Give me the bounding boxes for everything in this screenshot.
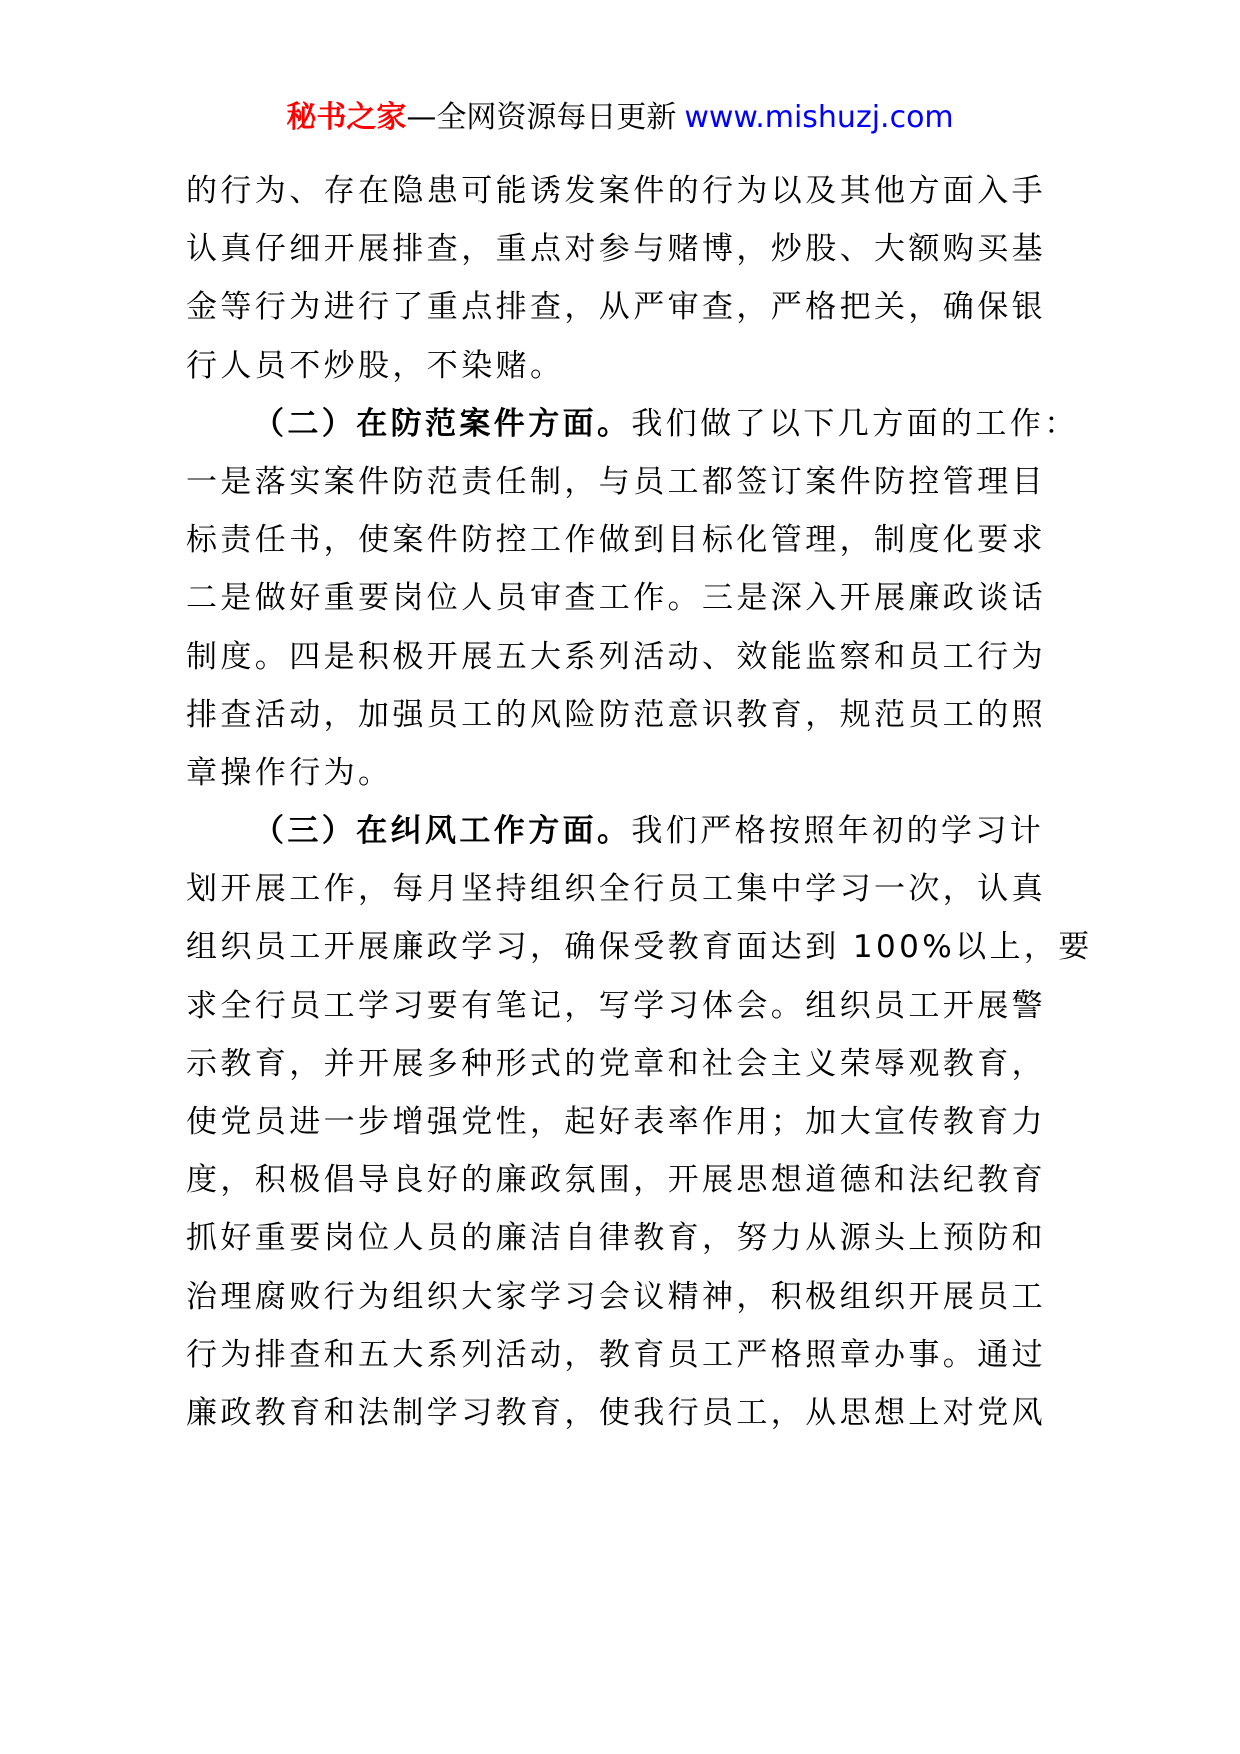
text-line: 度，积极倡导良好的廉政氛围，开展思想道德和法纪教育 bbox=[186, 1151, 1086, 1209]
section-heading-line: （三）在纠风工作方面。我们严格按照年初的学习计 bbox=[186, 802, 1086, 860]
section-heading-line: （二）在防范案件方面。我们做了以下几方面的工作： bbox=[186, 395, 1086, 453]
text-line: 划开展工作，每月坚持组织全行员工集中学习一次，认真 bbox=[186, 860, 1086, 918]
line-text: 组织员工开展廉政学习，确保受教育面达到 100%以上，要 bbox=[186, 929, 1093, 965]
text-line: 行人员不炒股，不染赌。 bbox=[186, 337, 1086, 395]
header-url-link[interactable]: www.mishuzj.com bbox=[684, 100, 953, 135]
document-body: 的行为、存在隐患可能诱发案件的行为以及其他方面入手 认真仔细开展排查，重点对参与… bbox=[186, 162, 1086, 1442]
text-line: 治理腐败行为组织大家学习会议精神，积极组织开展员工 bbox=[186, 1268, 1086, 1326]
section-heading: （三）在纠风工作方面。 bbox=[253, 813, 631, 849]
text-line: 认真仔细开展排查，重点对参与赌博，炒股、大额购买基 bbox=[186, 220, 1086, 278]
text-line: 一是落实案件防范责任制，与员工都签订案件防控管理目 bbox=[186, 453, 1086, 511]
text-line: 抓好重要岗位人员的廉洁自律教育，努力从源头上预防和 bbox=[186, 1209, 1086, 1267]
text-line: 使党员进一步增强党性，起好表率作用；加大宣传教育力 bbox=[186, 1093, 1086, 1151]
line-text: 我们做了以下几方面的工作： bbox=[631, 406, 1078, 442]
line-text: 排查活动，加强员工的风险防范意识教育，规范员工的照 bbox=[186, 697, 1046, 733]
text-line: 二是做好重要岗位人员审查工作。三是深入开展廉政谈话 bbox=[186, 569, 1086, 627]
text-line: 示教育，并开展多种形式的党章和社会主义荣辱观教育， bbox=[186, 1035, 1086, 1093]
line-text: 示教育，并开展多种形式的党章和社会主义荣辱观教育， bbox=[186, 1046, 1046, 1082]
line-text: 的行为、存在隐患可能诱发案件的行为以及其他方面入手 bbox=[186, 173, 1046, 209]
text-line: 行为排查和五大系列活动，教育员工严格照章办事。通过 bbox=[186, 1326, 1086, 1384]
header-brand: 秘书之家 bbox=[286, 100, 406, 135]
text-line: 章操作行为。 bbox=[186, 744, 1086, 802]
line-text: 廉政教育和法制学习教育，使我行员工，从思想上对党风 bbox=[186, 1395, 1046, 1431]
text-line: 制度。四是积极开展五大系列活动、效能监察和员工行为 bbox=[186, 628, 1086, 686]
line-text: 我们严格按照年初的学习计 bbox=[631, 813, 1044, 849]
section-heading: （二）在防范案件方面。 bbox=[253, 406, 631, 442]
line-text: 度，积极倡导良好的廉政氛围，开展思想道德和法纪教育 bbox=[186, 1162, 1046, 1198]
text-line: 组织员工开展廉政学习，确保受教育面达到 100%以上，要 bbox=[186, 918, 1086, 976]
text-line: 廉政教育和法制学习教育，使我行员工，从思想上对党风 bbox=[186, 1384, 1086, 1442]
header-tagline: —全网资源每日更新 bbox=[406, 100, 676, 135]
text-line: 求全行员工学习要有笔记，写学习体会。组织员工开展警 bbox=[186, 977, 1086, 1035]
line-text: 二是做好重要岗位人员审查工作。三是深入开展廉政谈话 bbox=[186, 580, 1046, 616]
line-text: 治理腐败行为组织大家学习会议精神，积极组织开展员工 bbox=[186, 1279, 1046, 1315]
line-text: 制度。四是积极开展五大系列活动、效能监察和员工行为 bbox=[186, 639, 1046, 675]
line-text: 行人员不炒股，不染赌。 bbox=[186, 348, 564, 384]
line-text: 金等行为进行了重点排查，从严审查，严格把关，确保银 bbox=[186, 289, 1046, 325]
line-text: 一是落实案件防范责任制，与员工都签订案件防控管理目 bbox=[186, 464, 1046, 500]
line-text: 使党员进一步增强党性，起好表率作用；加大宣传教育力 bbox=[186, 1104, 1046, 1140]
line-text: 认真仔细开展排查，重点对参与赌博，炒股、大额购买基 bbox=[186, 231, 1046, 267]
text-line: 标责任书，使案件防控工作做到目标化管理，制度化要求 bbox=[186, 511, 1086, 569]
line-text: 划开展工作，每月坚持组织全行员工集中学习一次，认真 bbox=[186, 871, 1046, 907]
line-text: 求全行员工学习要有笔记，写学习体会。组织员工开展警 bbox=[186, 988, 1046, 1024]
line-text: 抓好重要岗位人员的廉洁自律教育，努力从源头上预防和 bbox=[186, 1220, 1046, 1256]
text-line: 金等行为进行了重点排查，从严审查，严格把关，确保银 bbox=[186, 278, 1086, 336]
line-text: 章操作行为。 bbox=[186, 755, 392, 791]
text-line: 排查活动，加强员工的风险防范意识教育，规范员工的照 bbox=[186, 686, 1086, 744]
text-line: 的行为、存在隐患可能诱发案件的行为以及其他方面入手 bbox=[186, 162, 1086, 220]
site-header: 秘书之家—全网资源每日更新www.mishuzj.com bbox=[0, 98, 1240, 138]
line-text: 行为排查和五大系列活动，教育员工严格照章办事。通过 bbox=[186, 1337, 1046, 1373]
line-text: 标责任书，使案件防控工作做到目标化管理，制度化要求 bbox=[186, 522, 1046, 558]
